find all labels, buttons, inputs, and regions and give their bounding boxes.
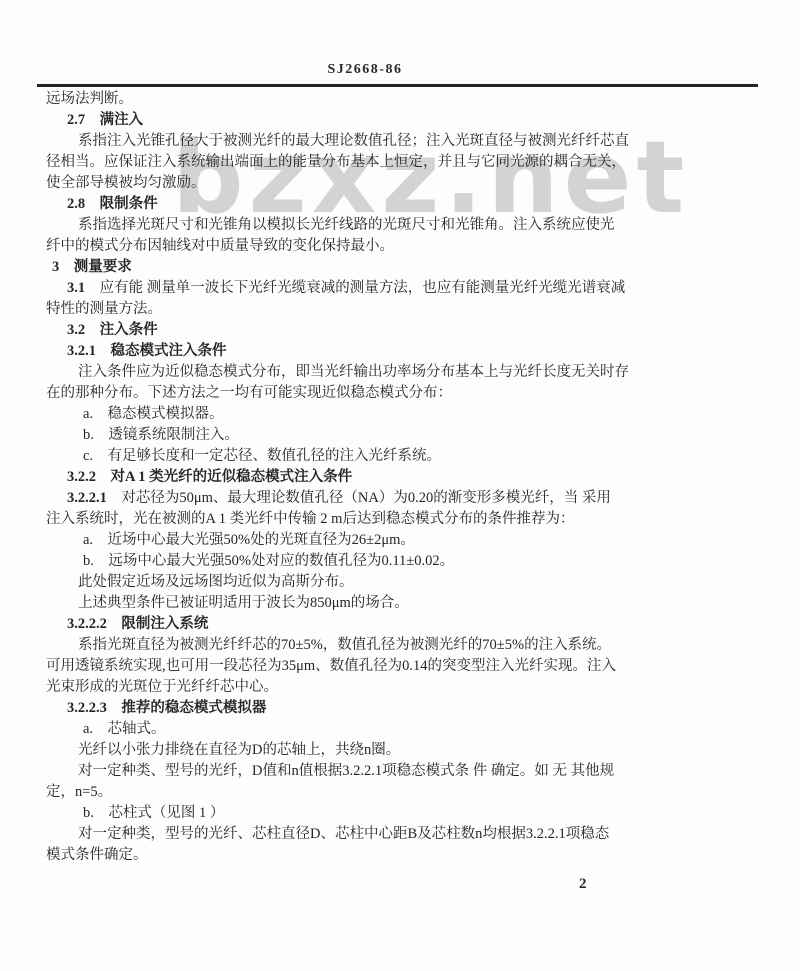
header-rule xyxy=(37,84,758,87)
text-line: 2.8 限制条件 xyxy=(67,194,666,215)
text-line: 3 测量要求 xyxy=(52,257,666,278)
text-line: a. 芯轴式。 xyxy=(83,719,666,740)
text-line: 特性的测量方法。 xyxy=(46,299,666,320)
text-line: 3.2.2.1 对芯径为50μm、最大理论数值孔径（NA）为0.20的渐变形多模… xyxy=(67,488,666,509)
text-line: c. 有足够长度和一定芯径、数值孔径的注入光纤系统。 xyxy=(83,446,666,467)
text-line: 径相当。应保证注入系统输出端面上的能量分布基本上恒定，并且与它同光源的耦合无关， xyxy=(46,152,666,173)
text-line: 对一定种类，型号的光纤、芯柱直径D、芯柱中心距B及芯柱数n均根据3.2.2.1项… xyxy=(78,824,666,845)
text-line: 使全部导模被均匀激励。 xyxy=(46,173,666,194)
scanned-document-page: bzxz.net SJ2668-86 远场法判断。2.7 满注入系指注入光锥孔径… xyxy=(0,0,800,971)
text-line: 3.2.2.2 限制注入系统 xyxy=(67,614,666,635)
text-line: 2.7 满注入 xyxy=(67,110,666,131)
text-line: 3.2 注入条件 xyxy=(67,320,666,341)
text-line: a. 稳态模式模拟器。 xyxy=(83,404,666,425)
standard-number: SJ2668-86 xyxy=(0,62,730,78)
text-line: 注入系统时，光在被测的A 1 类光纤中传输 2 m后达到稳态模式分布的条件推荐为… xyxy=(46,509,666,530)
text-line: 定，n=5。 xyxy=(46,782,666,803)
text-line: 可用透镜系统实现,也可用一段芯径为35μm、数值孔径为0.14的突变型注入光纤实… xyxy=(46,656,666,677)
text-line: 远场法判断。 xyxy=(46,89,666,110)
text-line: 对一定种类、型号的光纤，D值和n值根据3.2.2.1项稳态模式条 件 确定。如 … xyxy=(78,761,666,782)
text-line: 此处假定近场及远场图均近似为高斯分布。 xyxy=(78,572,666,593)
text-line: 光纤以小张力排绕在直径为D的芯轴上，共绕n圈。 xyxy=(78,740,666,761)
text-line: 系指注入光锥孔径大于被测光纤的最大理论数值孔径；注入光斑直径与被测光纤纤芯直 xyxy=(78,131,666,152)
page-number: 2 xyxy=(579,876,587,893)
text-line: 3.1 应有能 测量单一波长下光纤光缆衰减的测量方法，也应有能测量光纤光缆光谱衰… xyxy=(67,278,666,299)
text-line: 注入条件应为近似稳态模式分布，即当光纤输出功率场分布基本上与光纤长度无关时存 xyxy=(78,362,666,383)
text-line: 模式条件确定。 xyxy=(46,845,666,866)
text-line: b. 透镜系统限制注入。 xyxy=(83,425,666,446)
text-line: 在的那种分布。下述方法之一均有可能实现近似稳态模式分布： xyxy=(46,383,666,404)
document-lines: 远场法判断。2.7 满注入系指注入光锥孔径大于被测光纤的最大理论数值孔径；注入光… xyxy=(46,89,666,866)
text-line: 3.2.2.3 推荐的稳态模式模拟器 xyxy=(67,698,666,719)
text-line: 上述典型条件已被证明适用于波长为850μm的场合。 xyxy=(78,593,666,614)
text-line: 3.2.1 稳态模式注入条件 xyxy=(67,341,666,362)
text-line: b. 芯柱式（见图 1 ） xyxy=(83,803,666,824)
text-line: a. 近场中心最大光强50%处的光斑直径为26±2μm。 xyxy=(83,530,666,551)
text-line: 光束形成的光斑位于光纤纤芯中心。 xyxy=(46,677,666,698)
text-line: 系指选择光斑尺寸和光锥角以模拟长光纤线路的光斑尺寸和光锥角。注入系统应使光 xyxy=(78,215,666,236)
text-line: 系指光斑直径为被测光纤纤芯的70±5%，数值孔径为被测光纤的70±5%的注入系统… xyxy=(78,635,666,656)
text-line: b. 远场中心最大光强50%处对应的数值孔径为0.11±0.02。 xyxy=(83,551,666,572)
text-line: 3.2.2 对A 1 类光纤的近似稳态模式注入条件 xyxy=(67,467,666,488)
text-line: 纤中的模式分布因轴线对中质量导致的变化保持最小。 xyxy=(46,236,666,257)
